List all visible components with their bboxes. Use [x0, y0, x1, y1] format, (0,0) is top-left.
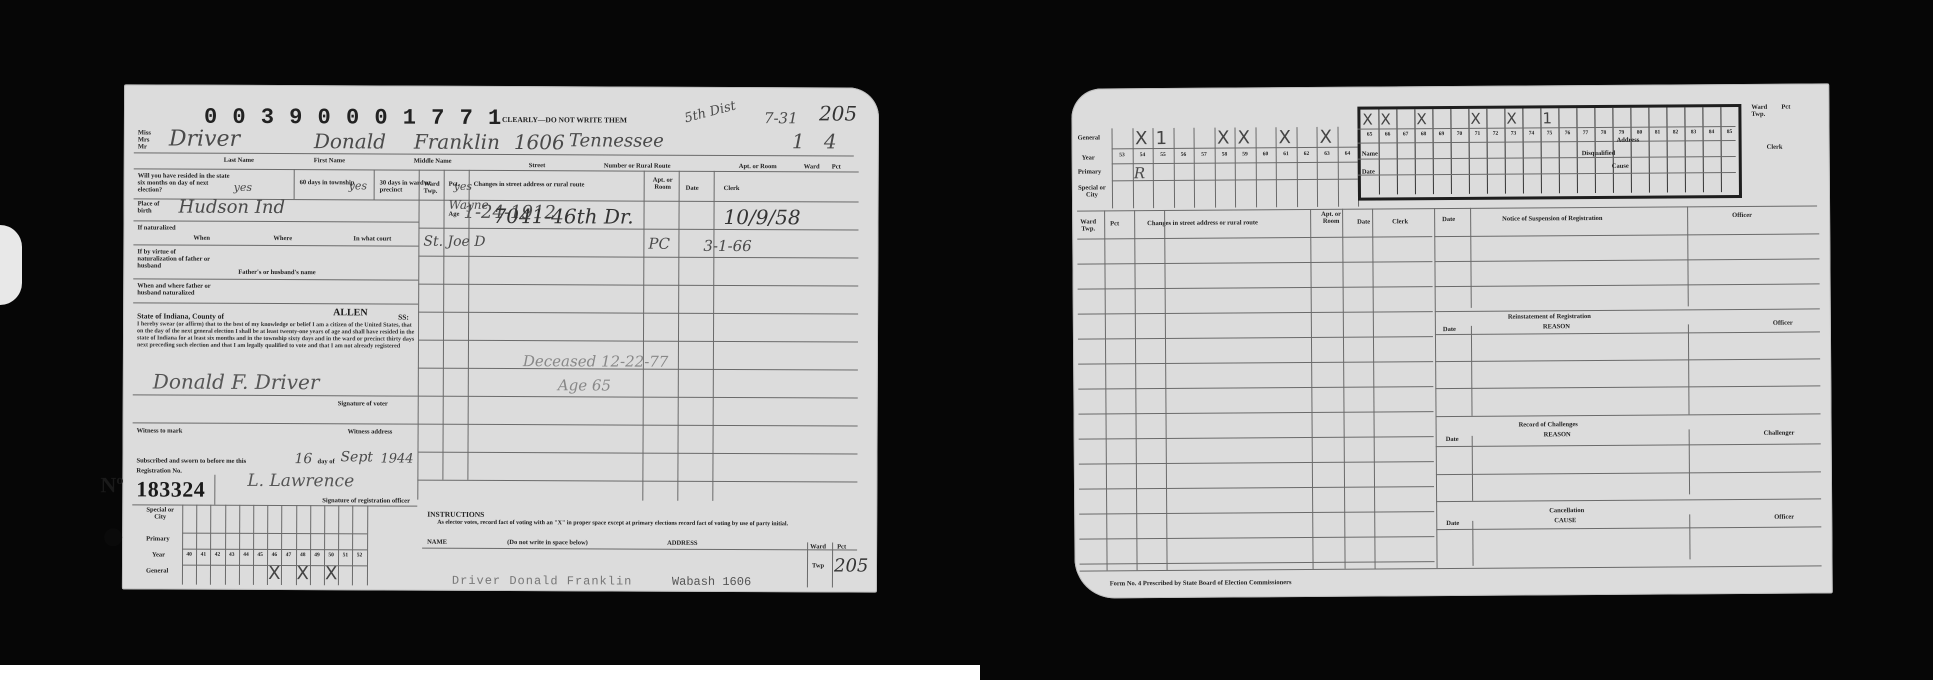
year-cell: 62: [1296, 151, 1317, 157]
header-instruction: CLEARLY—DO NOT WRITE THEM: [502, 116, 627, 125]
naturalized-label: If naturalized: [137, 224, 182, 231]
subscribed-day: 16: [294, 451, 312, 467]
subscribed-year: 1944: [380, 451, 413, 466]
footer-address-label: ADDRESS: [667, 540, 697, 547]
year-cell: 47: [281, 552, 295, 558]
footer-ward-label: Ward: [810, 543, 826, 550]
street-value: Tennessee: [569, 130, 664, 151]
footer-pct-value: 205: [834, 555, 868, 576]
year-cell: 65: [1361, 132, 1379, 138]
year-cell: 73: [1505, 131, 1523, 137]
changes-header-clerk: Clerk: [724, 185, 740, 192]
vote-mark: X: [1217, 130, 1229, 148]
changes-header-apt: Apt. or Room: [649, 177, 677, 191]
subscribed-day-of: day of: [317, 458, 334, 465]
challenges-reason-label: REASON: [1544, 431, 1571, 438]
vote-mark: X: [297, 565, 309, 583]
year-cell: 54: [1132, 152, 1153, 158]
year-cell: 56: [1173, 152, 1194, 158]
vote-grid-front: 40414243444546X4748X4950X5152: [182, 505, 367, 586]
serial-number: 0 0 3 9 0 0 0 1 7 7 1: [204, 105, 502, 131]
witness-label: Witness to mark: [137, 427, 183, 434]
year-cell: 71: [1469, 131, 1487, 137]
back-label-primary: Primary: [1078, 168, 1102, 175]
year-cell: 48: [296, 552, 310, 558]
registration-no-prefix: Nº: [100, 472, 123, 498]
year-cell: 57: [1194, 152, 1215, 158]
challenges-title: Record of Challenges: [1519, 421, 1578, 428]
changes-header-date: Date: [686, 185, 699, 192]
grid-label-primary: Primary: [146, 535, 169, 542]
middle-name-value: Franklin: [414, 130, 500, 154]
year-cell: 43: [225, 552, 239, 558]
form-footer: Form No. 4 Prescribed by State Board of …: [1110, 579, 1292, 587]
change-row-1-ward: Wayne: [449, 198, 489, 212]
salutation-labels: Miss Mrs Mr: [138, 129, 160, 150]
vote-mark: X: [1380, 110, 1390, 128]
last-name-value: Driver: [169, 127, 240, 152]
cancellation-title: Cancellation: [1549, 507, 1584, 514]
year-cell: 68: [1415, 131, 1433, 137]
footer-typed-address: Wabash 1606: [672, 575, 751, 589]
year-cell: 50: [324, 552, 338, 558]
year-cell: 63: [1317, 151, 1338, 157]
naturalized-court: In what court: [353, 235, 391, 242]
year-cell: 45: [253, 552, 267, 558]
reinstatement-date-label: Date: [1443, 326, 1456, 333]
changes-header-changes: Changes in street address or rural route: [474, 181, 585, 188]
year-cell: 44: [239, 552, 253, 558]
subscribed-month: Sept: [340, 449, 373, 465]
year-cell: 49: [310, 552, 324, 558]
year-cell: 78: [1595, 130, 1613, 136]
year-cell: 46: [267, 552, 281, 558]
registration-no: 183324: [136, 476, 205, 502]
label-middle-name: Middle Name: [414, 158, 452, 165]
footer-typed-name: Driver Donald Franklin: [452, 574, 632, 589]
reinstatement-reason-label: REASON: [1543, 323, 1570, 330]
back-label-general: General: [1078, 134, 1100, 141]
back-pct-label: Pct: [1781, 104, 1790, 111]
street-number-value: 1606: [514, 130, 565, 154]
suspension-officer-label: Officer: [1732, 212, 1752, 219]
vote-mark: X: [325, 565, 337, 583]
header-date: 7-31: [764, 109, 798, 127]
vote-mark: X: [1506, 110, 1516, 128]
registration-card-front: 0 0 3 9 0 0 0 1 7 7 1 CLEARLY—DO NOT WRI…: [122, 84, 879, 592]
oath-text: I hereby swear (or affirm) that to the b…: [137, 321, 417, 350]
reinstatement-officer-label: Officer: [1773, 320, 1793, 327]
year-cell: 66: [1379, 131, 1397, 137]
voter-signature: Donald F. Driver: [153, 369, 320, 394]
label-number: Number or Rural Route: [604, 162, 671, 169]
year-cell: 61: [1276, 151, 1297, 157]
footer-name-label: NAME: [427, 539, 447, 546]
cancellation-cause-label: CAUSE: [1554, 517, 1576, 524]
reinstatement-title: Reinstatement of Registration: [1508, 313, 1591, 321]
year-cell: 51: [338, 552, 352, 558]
year-cell: 52: [352, 552, 366, 558]
year-cell: 42: [210, 552, 224, 558]
label-last-name: Last Name: [224, 157, 254, 164]
year-cell: 40: [182, 552, 196, 558]
oath-county: ALLEN: [333, 307, 368, 318]
grid-label-year: Year: [152, 551, 165, 558]
header-precinct: 205: [819, 101, 857, 125]
year-cell: 85: [1721, 129, 1739, 135]
cancellation-officer-label: Officer: [1774, 514, 1794, 521]
year-cell: 67: [1397, 131, 1415, 137]
year-cell: 74: [1523, 130, 1541, 136]
change-row-1-date: 10/9/58: [723, 205, 800, 229]
back-label-special: Special or City: [1078, 184, 1106, 198]
father-name-label: Father's or husband's name: [238, 269, 315, 276]
back-ward-label: Ward Twp.: [1751, 104, 1771, 118]
vote-mark: 1: [1542, 109, 1552, 127]
place-of-birth-label: Place of birth: [138, 200, 168, 214]
instructions-title: INSTRUCTIONS: [427, 511, 484, 519]
label-street: Street: [529, 162, 546, 169]
change-row-2-ward: St. Joe D: [423, 234, 485, 250]
officer-signature-label: Signature of registration officer: [322, 497, 410, 504]
cancellation-date-label: Date: [1446, 520, 1459, 527]
label-ward: Ward: [804, 163, 820, 170]
registration-card-back: General Year Primary Special or City 535…: [1071, 83, 1833, 598]
change-row-2-date: 3-1-66: [703, 237, 751, 255]
challenges-challenger-label: Challenger: [1764, 430, 1795, 437]
changes-header-ward: Ward Twp.: [424, 181, 442, 195]
year-cell: 58: [1214, 152, 1235, 158]
vote-mark: X: [1238, 129, 1250, 147]
residency-state-label: Will you have resided in the state six m…: [138, 172, 233, 193]
naturalized-when: When: [193, 235, 210, 242]
year-cell: 82: [1667, 129, 1685, 135]
year-cell: 72: [1487, 131, 1505, 137]
footer-pct-label: Pct: [837, 543, 846, 550]
residency-township-value: yes: [349, 179, 367, 192]
year-cell: 64: [1337, 151, 1358, 157]
naturalized-where: Where: [273, 235, 292, 242]
adjacent-card-edge: [0, 225, 22, 305]
vote-mark: X: [1135, 130, 1147, 148]
vote-mark: X: [1416, 110, 1426, 128]
oath-state-county-label: State of Indiana, County of: [137, 312, 224, 320]
pct-value: 4: [824, 129, 837, 153]
year-cell: 41: [196, 552, 210, 558]
father-label: If by virtue of naturalization of father…: [137, 248, 212, 269]
vote-mark: X: [1362, 111, 1372, 129]
father-when-where-label: When and where father or husband natural…: [137, 282, 222, 296]
back-clerk-label: Clerk: [1767, 144, 1783, 151]
label-apt: Apt. or Room: [739, 163, 777, 170]
header-handwriting: 5th Dist: [683, 98, 738, 126]
vote-mark: X: [1320, 129, 1332, 147]
year-cell: 81: [1649, 129, 1667, 135]
suspension-date-label: Date: [1442, 216, 1455, 223]
year-cell: 76: [1559, 130, 1577, 136]
registration-no-label: Registration No.: [136, 467, 182, 474]
change-row-1-address: 7041-46th Dr.: [493, 204, 633, 229]
year-cell: 69: [1433, 131, 1451, 137]
footer-twp-label: Twp: [812, 562, 824, 569]
vote-mark: X: [1279, 129, 1291, 147]
year-cell: 55: [1153, 152, 1174, 158]
witness-address-label: Witness address: [348, 428, 393, 435]
boxed-label-name: Name: [1362, 151, 1378, 158]
place-of-birth-value: Hudson Ind: [179, 197, 286, 218]
subscribed-label: Subscribed and sworn to before me this: [136, 457, 246, 464]
year-cell: 80: [1631, 130, 1649, 136]
grid-label-general: General: [146, 567, 168, 574]
residency-state-value: yes: [234, 181, 252, 194]
boxed-label-disqualified: Disqualified: [1582, 150, 1616, 157]
voter-signature-label: Signature of voter: [338, 400, 388, 407]
vote-mark: X: [268, 565, 280, 583]
hole-punch: [104, 528, 122, 546]
vote-grid-back: 5354X551565758X59X6061X6263X6465X66X6768…: [1111, 104, 1752, 208]
year-cell: 84: [1703, 129, 1721, 135]
back-changes-table: [1072, 208, 1435, 581]
challenges-date-label: Date: [1446, 436, 1459, 443]
primary-mark: R: [1134, 164, 1145, 182]
year-cell: 59: [1235, 151, 1256, 157]
boxed-label-address: Address: [1617, 137, 1640, 144]
footer-no-write-label: (Do not write in space below): [507, 539, 588, 546]
instructions-text: As elector votes, record fact of voting …: [437, 520, 837, 529]
year-cell: 60: [1255, 151, 1276, 157]
label-pct: Pct: [832, 163, 841, 170]
residency-township-label: 60 days in township: [300, 179, 355, 186]
changes-header-pct: Pct.: [449, 181, 460, 188]
bottom-white-strip: [0, 665, 980, 680]
year-cell: 77: [1577, 130, 1595, 136]
year-cell: 53: [1112, 152, 1133, 158]
boxed-label-date: Date: [1362, 169, 1375, 176]
age-note: Age 65: [558, 376, 611, 394]
label-first-name: First Name: [314, 157, 345, 164]
suspension-title: Notice of Suspension of Registration: [1502, 215, 1602, 223]
age-label: Age: [449, 211, 460, 218]
vote-mark: X: [1470, 110, 1480, 128]
year-cell: 70: [1451, 131, 1469, 137]
first-name-value: Donald: [314, 129, 386, 153]
change-row-2-address: PC: [648, 235, 670, 253]
year-cell: 75: [1541, 130, 1559, 136]
vote-mark: 1: [1156, 130, 1168, 148]
grid-label-special: Special or City: [146, 506, 174, 520]
back-label-year: Year: [1082, 154, 1095, 161]
year-cell: 79: [1613, 130, 1631, 136]
ward-value: 1: [792, 129, 805, 153]
oath-ss: SS:: [398, 314, 409, 322]
officer-signature: L. Lawrence: [247, 471, 354, 491]
year-cell: 83: [1685, 129, 1703, 135]
boxed-label-cause: Cause: [1612, 163, 1629, 170]
deceased-note: Deceased 12-22-77: [523, 352, 669, 371]
